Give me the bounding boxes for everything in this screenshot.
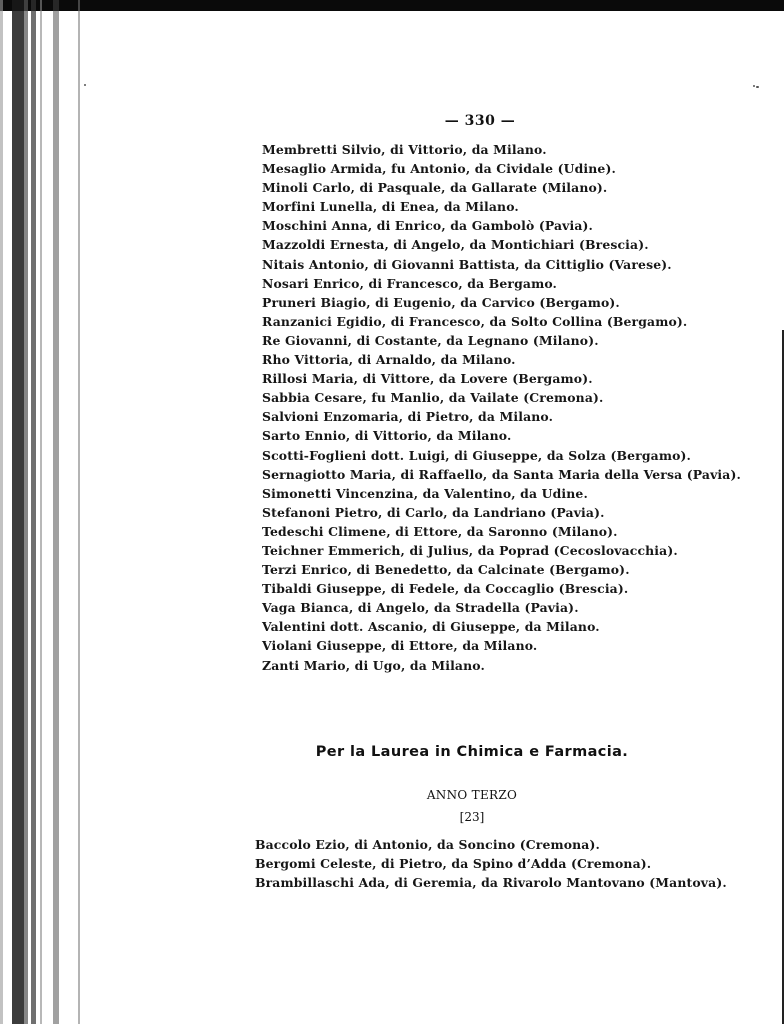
- list-item: Baccolo Ezio, di Antonio, da Soncino (Cr…: [255, 835, 727, 854]
- list-item: Rho Vittoria, di Arnaldo, da Milano.: [262, 350, 741, 369]
- list-item: Sarto Ennio, di Vittorio, da Milano.: [262, 426, 741, 445]
- page-number: — 330 —: [440, 113, 520, 129]
- list-item: Salvioni Enzomaria, di Pietro, da Milano…: [262, 407, 741, 426]
- book-binding-edge: [0, 0, 82, 1024]
- list-item: Brambillaschi Ada, di Geremia, da Rivaro…: [255, 873, 727, 892]
- list-item: Scotti-Foglieni dott. Luigi, di Giuseppe…: [262, 446, 741, 465]
- list-item: Tibaldi Giuseppe, di Fedele, da Coccagli…: [262, 579, 741, 598]
- list-item: Moschini Anna, di Enrico, da Gambolò (Pa…: [262, 216, 741, 235]
- list-item: Teichner Emmerich, di Julius, da Poprad …: [262, 541, 741, 560]
- list-item: Valentini dott. Ascanio, di Giuseppe, da…: [262, 617, 741, 636]
- list-item: Sabbia Cesare, fu Manlio, da Vailate (Cr…: [262, 388, 741, 407]
- list-item: Simonetti Vincenzina, da Valentino, da U…: [262, 484, 741, 503]
- list-item: Rillosi Maria, di Vittore, da Lovere (Be…: [262, 369, 741, 388]
- list-item: Violani Giuseppe, di Ettore, da Milano.: [262, 636, 741, 655]
- ink-speck: [756, 86, 759, 88]
- section-title: Per la Laurea in Chimica e Farmacia.: [262, 744, 682, 760]
- list-item: Morfini Lunella, di Enea, da Milano.: [262, 197, 741, 216]
- list-item: Nitais Antonio, di Giovanni Battista, da…: [262, 255, 741, 274]
- list-item: Pruneri Biagio, di Eugenio, da Carvico (…: [262, 293, 741, 312]
- student-list: Membretti Silvio, di Vittorio, da Milano…: [262, 140, 741, 675]
- list-item: Nosari Enrico, di Francesco, da Bergamo.: [262, 274, 741, 293]
- list-item: Terzi Enrico, di Benedetto, da Calcinate…: [262, 560, 741, 579]
- student-count: [23]: [262, 810, 682, 824]
- list-item: Sernagiotto Maria, di Raffaello, da Sant…: [262, 465, 741, 484]
- ink-speck: [84, 84, 86, 86]
- list-item: Mesaglio Armida, fu Antonio, da Cividale…: [262, 159, 741, 178]
- list-item: Re Giovanni, di Costante, da Legnano (Mi…: [262, 331, 741, 350]
- list-item: Bergomi Celeste, di Pietro, da Spino d’A…: [255, 854, 727, 873]
- list-item: Mazzoldi Ernesta, di Angelo, da Montichi…: [262, 235, 741, 254]
- list-item: Ranzanici Egidio, di Francesco, da Solto…: [262, 312, 741, 331]
- list-item: Minoli Carlo, di Pasquale, da Gallarate …: [262, 178, 741, 197]
- list-item: Membretti Silvio, di Vittorio, da Milano…: [262, 140, 741, 159]
- ink-speck: [753, 85, 755, 87]
- list-item: Tedeschi Climene, di Ettore, da Saronno …: [262, 522, 741, 541]
- chemistry-student-list: Baccolo Ezio, di Antonio, da Soncino (Cr…: [255, 835, 727, 892]
- list-item: Vaga Bianca, di Angelo, da Stradella (Pa…: [262, 598, 741, 617]
- list-item: Stefanoni Pietro, di Carlo, da Landriano…: [262, 503, 741, 522]
- list-item: Zanti Mario, di Ugo, da Milano.: [262, 656, 741, 675]
- year-heading: ANNO TERZO: [262, 788, 682, 802]
- scan-top-border: [0, 0, 784, 11]
